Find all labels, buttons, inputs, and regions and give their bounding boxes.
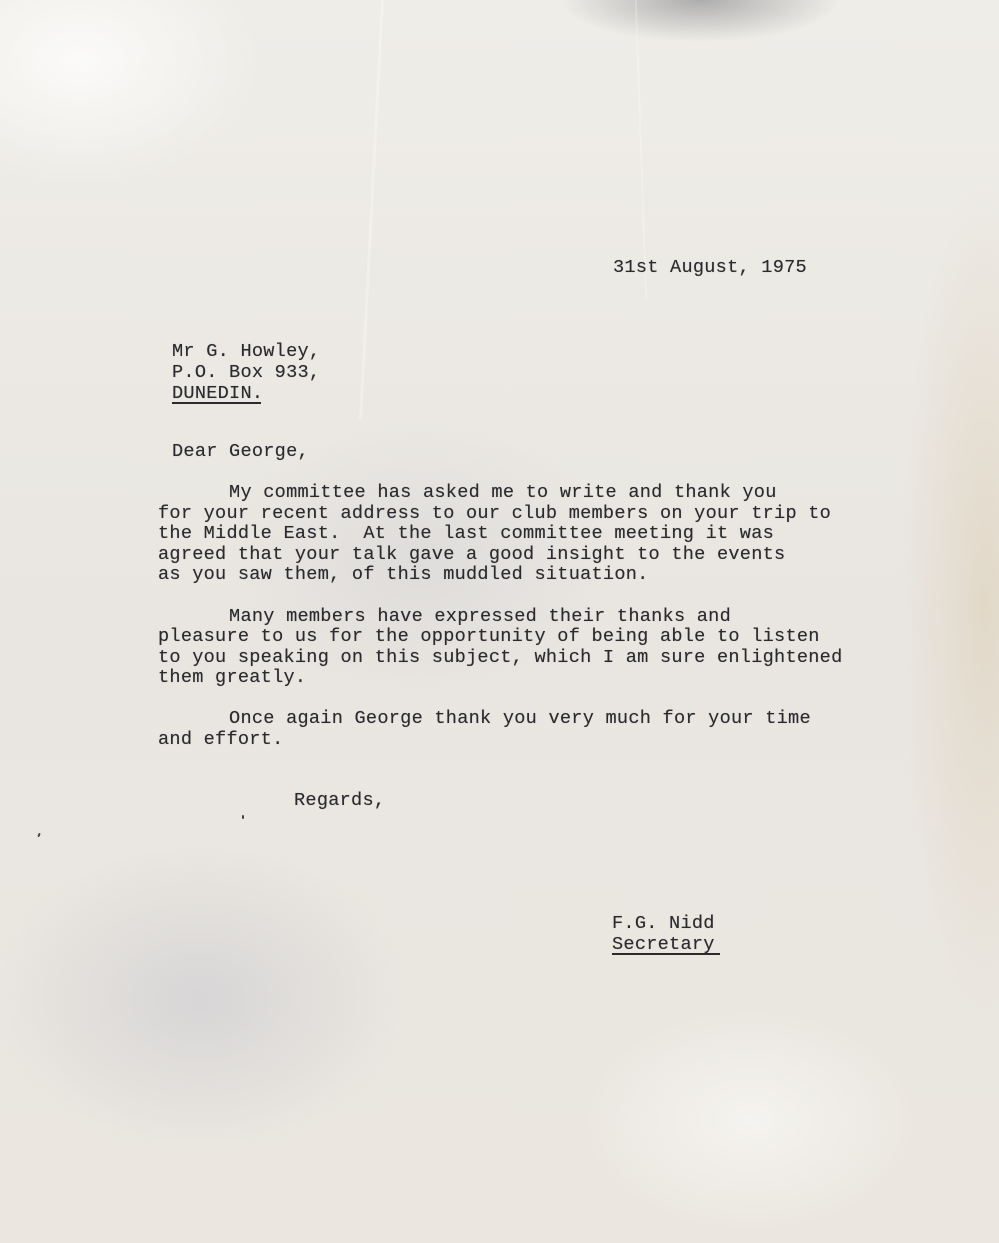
body-line: the Middle East. At the last committee m… xyxy=(158,524,774,544)
body-line: agreed that your talk gave a good insigh… xyxy=(158,545,785,565)
signature-name: F.G. Nidd xyxy=(612,914,715,934)
signature-title: Secretary xyxy=(612,935,715,955)
body-line: Once again George thank you very much fo… xyxy=(172,709,811,729)
body-line: Many members have expressed their thanks… xyxy=(172,607,731,627)
body-line: My committee has asked me to write and t… xyxy=(172,483,777,503)
city-underline xyxy=(172,402,261,404)
body-line: and effort. xyxy=(158,730,284,750)
paper-crease xyxy=(635,0,647,300)
paper-speck xyxy=(242,815,244,819)
recipient-name: Mr G. Howley, xyxy=(172,342,320,362)
paper-crease xyxy=(359,0,384,420)
recipient-address: P.O. Box 933, xyxy=(172,363,320,383)
recipient-city-punct: . xyxy=(252,383,263,404)
body-line: for your recent address to our club memb… xyxy=(158,504,831,524)
body-line: as you saw them, of this muddled situati… xyxy=(158,565,649,585)
paper-speck xyxy=(37,833,41,837)
salutation: Dear George, xyxy=(172,442,309,462)
recipient-city: DUNEDIN. xyxy=(172,384,263,404)
recipient-city-name: DUNEDIN xyxy=(172,383,252,404)
closing: Regards, xyxy=(294,791,385,811)
body-line: to you speaking on this subject, which I… xyxy=(158,648,842,668)
body-line: pleasure to us for the opportunity of be… xyxy=(158,627,820,647)
body-line: them greatly. xyxy=(158,668,306,688)
letter-date: 31st August, 1975 xyxy=(613,258,807,278)
title-underline xyxy=(612,953,720,955)
letter-page: 31st August, 1975 Mr G. Howley, P.O. Box… xyxy=(0,0,999,1243)
